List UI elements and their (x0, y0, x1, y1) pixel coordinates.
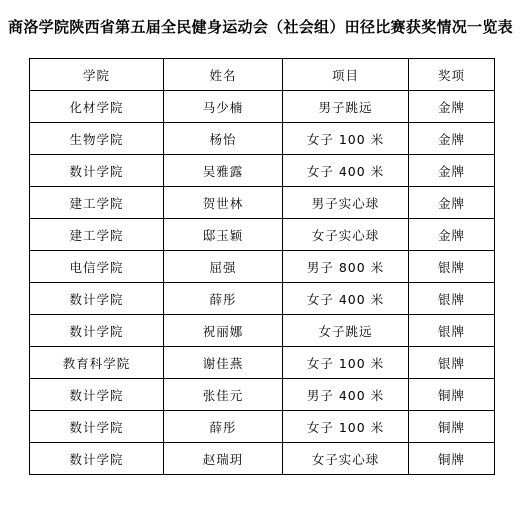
cell-name: 吴雅露 (164, 155, 283, 187)
cell-name: 马少楠 (164, 91, 283, 123)
cell-name: 谢佳燕 (164, 347, 283, 379)
cell-award: 铜牌 (409, 443, 495, 475)
cell-event: 男子跳远 (283, 91, 409, 123)
cell-name: 杨怡 (164, 123, 283, 155)
cell-award: 银牌 (409, 315, 495, 347)
cell-college: 生物学院 (30, 123, 164, 155)
header-award: 奖项 (409, 59, 495, 91)
cell-award: 金牌 (409, 123, 495, 155)
cell-event: 男子 400 米 (283, 379, 409, 411)
cell-college: 建工学院 (30, 187, 164, 219)
table-row: 电信学院 屈强 男子 800 米 银牌 (30, 251, 495, 283)
document-title: 商洛学院陕西省第五届全民健身运动会（社会组）田径比赛获奖情况一览表 (0, 17, 521, 37)
awards-table: 学院 姓名 项目 奖项 化材学院 马少楠 男子跳远 金牌 生物学院 杨怡 女子 … (29, 58, 495, 475)
cell-award: 金牌 (409, 187, 495, 219)
cell-award: 银牌 (409, 347, 495, 379)
cell-name: 薛彤 (164, 411, 283, 443)
table-row: 生物学院 杨怡 女子 100 米 金牌 (30, 123, 495, 155)
table-row: 数计学院 赵瑞玥 女子实心球 铜牌 (30, 443, 495, 475)
cell-name: 薛彤 (164, 283, 283, 315)
cell-name: 屈强 (164, 251, 283, 283)
cell-event: 男子 800 米 (283, 251, 409, 283)
table-row: 数计学院 薛彤 女子 400 米 银牌 (30, 283, 495, 315)
cell-name: 祝丽娜 (164, 315, 283, 347)
cell-name: 张佳元 (164, 379, 283, 411)
table-header-row: 学院 姓名 项目 奖项 (30, 59, 495, 91)
table-row: 数计学院 祝丽娜 女子跳远 银牌 (30, 315, 495, 347)
header-college: 学院 (30, 59, 164, 91)
cell-college: 化材学院 (30, 91, 164, 123)
table-row: 数计学院 吴雅露 女子 400 米 金牌 (30, 155, 495, 187)
cell-award: 银牌 (409, 283, 495, 315)
cell-college: 电信学院 (30, 251, 164, 283)
cell-award: 银牌 (409, 251, 495, 283)
cell-college: 建工学院 (30, 219, 164, 251)
cell-name: 贺世林 (164, 187, 283, 219)
cell-event: 女子 400 米 (283, 283, 409, 315)
table-row: 数计学院 薛彤 女子 100 米 铜牌 (30, 411, 495, 443)
cell-college: 数计学院 (30, 155, 164, 187)
table-row: 化材学院 马少楠 男子跳远 金牌 (30, 91, 495, 123)
cell-event: 女子 100 米 (283, 123, 409, 155)
header-name: 姓名 (164, 59, 283, 91)
cell-award: 金牌 (409, 219, 495, 251)
cell-college: 数计学院 (30, 379, 164, 411)
cell-college: 数计学院 (30, 411, 164, 443)
cell-college: 教育科学院 (30, 347, 164, 379)
table-row: 数计学院 张佳元 男子 400 米 铜牌 (30, 379, 495, 411)
cell-event: 女子实心球 (283, 219, 409, 251)
table-row: 建工学院 邸玉颖 女子实心球 金牌 (30, 219, 495, 251)
cell-award: 金牌 (409, 155, 495, 187)
cell-event: 女子 100 米 (283, 347, 409, 379)
cell-college: 数计学院 (30, 283, 164, 315)
cell-award: 铜牌 (409, 379, 495, 411)
cell-college: 数计学院 (30, 315, 164, 347)
cell-name: 邸玉颖 (164, 219, 283, 251)
cell-event: 女子 400 米 (283, 155, 409, 187)
cell-event: 女子 100 米 (283, 411, 409, 443)
cell-award: 铜牌 (409, 411, 495, 443)
cell-event: 女子跳远 (283, 315, 409, 347)
cell-name: 赵瑞玥 (164, 443, 283, 475)
cell-event: 男子实心球 (283, 187, 409, 219)
header-event: 项目 (283, 59, 409, 91)
cell-event: 女子实心球 (283, 443, 409, 475)
cell-award: 金牌 (409, 91, 495, 123)
table-row: 建工学院 贺世林 男子实心球 金牌 (30, 187, 495, 219)
table-row: 教育科学院 谢佳燕 女子 100 米 银牌 (30, 347, 495, 379)
cell-college: 数计学院 (30, 443, 164, 475)
